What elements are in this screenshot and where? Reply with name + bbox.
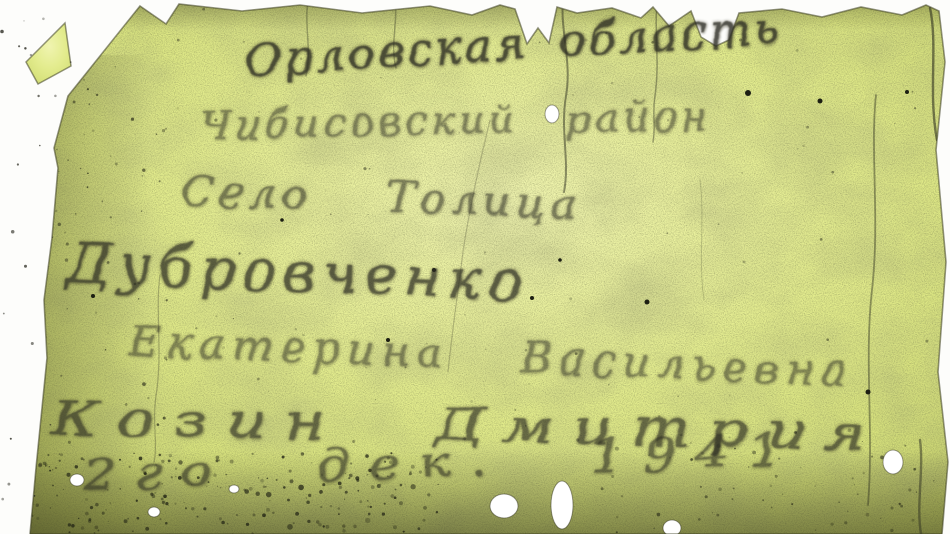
dust-speck bbox=[101, 200, 103, 202]
dust-speck bbox=[308, 494, 311, 497]
dust-speck bbox=[272, 512, 275, 515]
dust-speck bbox=[221, 521, 225, 525]
dust-speck bbox=[731, 498, 733, 500]
dust-speck bbox=[844, 521, 847, 524]
paper-hole bbox=[148, 507, 160, 517]
dust-speck bbox=[95, 503, 99, 507]
dust-speck bbox=[423, 506, 427, 510]
dust-speck bbox=[31, 416, 32, 417]
dust-speck bbox=[127, 518, 129, 520]
dust-speck bbox=[163, 504, 164, 505]
dust-speck bbox=[320, 506, 322, 508]
dust-speck bbox=[10, 438, 12, 440]
dust-speck bbox=[191, 507, 194, 510]
dust-speck bbox=[185, 507, 187, 509]
dust-speck bbox=[42, 18, 45, 21]
dust-speck bbox=[24, 265, 27, 268]
dust-speck bbox=[912, 519, 915, 522]
dust-speck bbox=[342, 524, 345, 527]
dust-speck bbox=[338, 507, 341, 510]
dust-speck bbox=[367, 500, 368, 501]
dust-speck bbox=[219, 517, 222, 520]
dust-speck bbox=[616, 531, 618, 533]
dust-speck bbox=[742, 172, 743, 173]
dust-speck bbox=[39, 245, 40, 246]
dust-speck bbox=[75, 465, 78, 468]
dust-speck bbox=[39, 145, 41, 147]
dust-speck bbox=[110, 502, 112, 504]
dust-speck bbox=[325, 525, 329, 529]
dust-speck bbox=[60, 453, 63, 456]
dust-speck bbox=[132, 530, 134, 532]
dust-speck bbox=[52, 485, 54, 487]
dust-speck bbox=[165, 522, 168, 525]
dust-speck bbox=[666, 232, 668, 234]
dust-speck bbox=[363, 167, 366, 170]
dust-speck bbox=[569, 297, 572, 300]
dust-speck bbox=[700, 486, 702, 488]
dust-speck bbox=[838, 502, 839, 503]
dust-speck bbox=[266, 508, 270, 512]
dust-speck bbox=[34, 495, 36, 497]
dust-speck bbox=[71, 524, 75, 528]
dust-speck bbox=[47, 454, 49, 456]
dust-speck bbox=[0, 30, 4, 34]
dust-speck bbox=[216, 315, 218, 317]
dust-speck bbox=[37, 95, 39, 97]
dust-speck bbox=[63, 489, 64, 490]
dust-speck bbox=[293, 522, 295, 524]
dust-speck bbox=[37, 411, 40, 414]
dust-speck bbox=[59, 460, 61, 462]
dust-speck bbox=[115, 162, 118, 165]
dust-speck bbox=[142, 169, 145, 172]
dust-speck bbox=[698, 518, 701, 521]
dust-speck bbox=[393, 525, 397, 529]
dust-speck bbox=[45, 465, 46, 466]
dust-speck bbox=[157, 197, 158, 198]
dust-speck bbox=[287, 524, 293, 530]
dust-speck bbox=[318, 523, 322, 527]
dust-speck bbox=[677, 396, 678, 397]
dust-speck bbox=[96, 94, 98, 96]
dust-speck bbox=[44, 134, 46, 136]
dust-speck bbox=[743, 260, 746, 263]
dust-speck bbox=[162, 129, 165, 132]
dust-speck bbox=[124, 519, 128, 523]
dust-speck bbox=[165, 128, 167, 130]
dust-speck bbox=[908, 488, 911, 491]
dust-speck bbox=[141, 210, 142, 211]
handwriting-line-2: Чибисовский район bbox=[200, 94, 712, 149]
dust-speck bbox=[64, 232, 66, 234]
dust-speck bbox=[105, 349, 107, 351]
dust-speck bbox=[716, 514, 719, 517]
dust-speck bbox=[657, 513, 661, 517]
dust-speck bbox=[24, 47, 26, 49]
dust-speck bbox=[110, 156, 111, 157]
dust-speck bbox=[90, 506, 93, 509]
dust-speck bbox=[914, 107, 916, 109]
dust-speck bbox=[904, 445, 906, 447]
dust-speck bbox=[202, 8, 205, 11]
dust-speck bbox=[257, 378, 260, 381]
dust-speck bbox=[661, 220, 662, 221]
dust-speck bbox=[114, 66, 115, 67]
dust-speck bbox=[68, 531, 70, 533]
paper-hole bbox=[663, 520, 681, 534]
dust-speck bbox=[30, 475, 32, 477]
dust-speck bbox=[56, 149, 57, 150]
dust-speck bbox=[236, 514, 238, 516]
dust-speck bbox=[912, 91, 914, 93]
dust-speck bbox=[176, 107, 179, 110]
dust-speck bbox=[41, 320, 42, 321]
dust-speck bbox=[653, 528, 655, 530]
dust-speck bbox=[52, 237, 53, 238]
dust-speck bbox=[54, 95, 57, 98]
dust-speck bbox=[52, 469, 53, 470]
dust-speck bbox=[330, 505, 332, 507]
dust-speck bbox=[49, 466, 50, 467]
dust-speck bbox=[87, 172, 89, 174]
dust-speck bbox=[769, 484, 772, 487]
dust-speck bbox=[666, 167, 667, 168]
dust-speck bbox=[92, 130, 95, 133]
dust-speck bbox=[107, 332, 109, 334]
dust-speck bbox=[156, 133, 158, 135]
dust-speck bbox=[900, 505, 903, 508]
dust-speck bbox=[88, 103, 90, 105]
torn-corner-wedge bbox=[26, 23, 71, 84]
dust-speck bbox=[831, 523, 834, 526]
dust-speck bbox=[38, 464, 42, 468]
dust-speck bbox=[851, 477, 853, 479]
dust-speck bbox=[771, 507, 773, 509]
dust-speck bbox=[427, 493, 430, 496]
dust-speck bbox=[268, 391, 269, 392]
dust-speck bbox=[307, 520, 310, 523]
dust-speck bbox=[923, 44, 924, 45]
paper-hole bbox=[883, 450, 903, 474]
dust-speck bbox=[28, 141, 29, 142]
dust-speck bbox=[718, 223, 720, 225]
dust-speck bbox=[50, 507, 51, 508]
dust-speck bbox=[102, 512, 105, 515]
dust-speck bbox=[75, 213, 77, 215]
dust-speck bbox=[197, 516, 199, 518]
dust-speck bbox=[55, 210, 58, 213]
dust-speck bbox=[83, 79, 85, 81]
dust-speck bbox=[933, 480, 934, 481]
dust-speck bbox=[417, 527, 420, 530]
dust-speck bbox=[796, 49, 799, 52]
dust-speck bbox=[621, 495, 623, 497]
dust-speck bbox=[894, 123, 895, 124]
dust-speck bbox=[110, 216, 112, 218]
dust-speck bbox=[60, 375, 62, 377]
dust-speck bbox=[183, 502, 184, 503]
dust-speck bbox=[857, 493, 859, 495]
dust-speck bbox=[36, 504, 39, 507]
dust-speck bbox=[227, 523, 229, 525]
dust-speck bbox=[33, 214, 35, 216]
dust-speck bbox=[287, 499, 290, 502]
dust-speck bbox=[70, 61, 71, 62]
dust-speck bbox=[66, 473, 70, 477]
dust-speck bbox=[890, 506, 893, 509]
dust-speck bbox=[85, 512, 89, 516]
dust-speck bbox=[403, 531, 405, 533]
dust-speck bbox=[80, 168, 81, 169]
dust-speck bbox=[30, 54, 32, 56]
dust-speck bbox=[58, 223, 61, 226]
dust-speck bbox=[367, 505, 369, 507]
dust-speck bbox=[831, 171, 834, 174]
dust-speck bbox=[17, 163, 19, 165]
dust-speck bbox=[306, 501, 310, 505]
dust-speck bbox=[82, 142, 83, 143]
dust-speck bbox=[616, 516, 619, 519]
dust-speck bbox=[847, 511, 848, 512]
dust-speck bbox=[436, 511, 438, 513]
dust-speck bbox=[862, 472, 865, 475]
dust-speck bbox=[138, 298, 140, 300]
dust-speck bbox=[791, 503, 793, 505]
dust-speck bbox=[49, 470, 51, 472]
dust-speck bbox=[174, 502, 176, 504]
dust-speck bbox=[34, 394, 37, 397]
dust-speck bbox=[159, 518, 161, 520]
dust-speck bbox=[29, 425, 32, 428]
dust-speck bbox=[382, 512, 385, 515]
dust-speck bbox=[159, 180, 161, 182]
dust-speck bbox=[925, 340, 928, 343]
dust-speck bbox=[252, 513, 255, 516]
dust-speck bbox=[797, 148, 799, 150]
dust-speck bbox=[464, 314, 465, 315]
dust-speck bbox=[165, 502, 168, 505]
dust-speck bbox=[306, 497, 308, 499]
dust-speck bbox=[323, 525, 325, 527]
dust-speck bbox=[392, 11, 394, 13]
dust-speck bbox=[369, 168, 371, 170]
dust-speck bbox=[56, 495, 58, 497]
dust-speck bbox=[142, 175, 143, 176]
dust-speck bbox=[890, 529, 893, 532]
dust-speck bbox=[43, 462, 47, 466]
dust-speck bbox=[711, 91, 712, 92]
dust-speck bbox=[87, 186, 89, 188]
dust-speck bbox=[145, 527, 149, 531]
dust-speck bbox=[3, 313, 5, 315]
dust-speck bbox=[59, 453, 60, 454]
dust-speck bbox=[815, 529, 816, 530]
dust-speck bbox=[246, 523, 249, 526]
dust-speck bbox=[262, 513, 266, 517]
dust-speck bbox=[55, 467, 57, 469]
dust-speck bbox=[733, 487, 735, 489]
paper-hole bbox=[490, 494, 518, 518]
dust-speck bbox=[36, 517, 39, 520]
dust-speck bbox=[142, 382, 146, 386]
dust-speck bbox=[338, 513, 340, 515]
dust-speck bbox=[78, 518, 79, 519]
dust-speck bbox=[73, 100, 76, 103]
dust-speck bbox=[826, 338, 829, 341]
dust-speck bbox=[67, 308, 68, 309]
dust-speck bbox=[854, 484, 856, 486]
dust-speck bbox=[384, 503, 386, 505]
dust-speck bbox=[23, 20, 24, 21]
dust-speck bbox=[815, 485, 816, 486]
dust-speck bbox=[394, 496, 397, 499]
dust-speck bbox=[249, 91, 251, 93]
dust-speck bbox=[97, 529, 99, 531]
dust-speck bbox=[705, 495, 708, 498]
dust-speck bbox=[782, 493, 783, 494]
dust-speck bbox=[108, 521, 109, 522]
dust-speck bbox=[31, 342, 34, 345]
dust-speck bbox=[83, 134, 85, 136]
dust-speck bbox=[38, 272, 39, 273]
scanned-note: Орловская область Чибисовский район Село… bbox=[0, 0, 950, 534]
dust-speck bbox=[162, 501, 165, 504]
dust-speck bbox=[899, 503, 901, 505]
dust-speck bbox=[95, 312, 97, 314]
dust-speck bbox=[81, 526, 84, 529]
dust-speck bbox=[136, 500, 138, 502]
dust-speck bbox=[30, 498, 33, 501]
dust-speck bbox=[399, 501, 403, 505]
dust-speck bbox=[11, 230, 15, 234]
dust-speck bbox=[131, 118, 134, 121]
dust-speck bbox=[87, 88, 89, 90]
paper-hole bbox=[551, 481, 573, 529]
dust-speck bbox=[820, 238, 823, 241]
dust-speck bbox=[762, 499, 764, 501]
dust-speck bbox=[269, 500, 270, 501]
dust-speck bbox=[295, 512, 299, 516]
paper-hole bbox=[70, 474, 84, 486]
dust-speck bbox=[177, 39, 180, 42]
dust-speck bbox=[1, 498, 4, 501]
dust-speck bbox=[370, 506, 372, 508]
dust-speck bbox=[601, 487, 604, 490]
dust-speck bbox=[718, 488, 722, 492]
dust-speck bbox=[38, 215, 40, 217]
dust-speck bbox=[353, 525, 357, 529]
dust-speck bbox=[67, 159, 69, 161]
dust-speck bbox=[359, 500, 362, 503]
dust-speck bbox=[137, 517, 140, 520]
dust-speck bbox=[422, 519, 425, 522]
dust-speck bbox=[94, 526, 98, 530]
dust-speck bbox=[203, 507, 206, 510]
dust-speck bbox=[712, 512, 713, 513]
dust-speck bbox=[342, 529, 345, 532]
dust-speck bbox=[802, 145, 804, 147]
dust-speck bbox=[105, 509, 106, 510]
dust-speck bbox=[18, 45, 20, 47]
dust-speck bbox=[718, 107, 719, 108]
dust-speck bbox=[866, 513, 870, 517]
dust-speck bbox=[342, 528, 344, 530]
dust-speck bbox=[28, 274, 31, 277]
dust-speck bbox=[611, 82, 613, 84]
dust-speck bbox=[365, 518, 370, 523]
dust-speck bbox=[916, 491, 917, 492]
dust-speck bbox=[88, 518, 91, 521]
dust-speck bbox=[233, 318, 234, 319]
dust-speck bbox=[344, 499, 345, 500]
dust-speck bbox=[806, 126, 809, 129]
dust-speck bbox=[368, 513, 371, 516]
dust-speck bbox=[390, 494, 394, 498]
dust-speck bbox=[880, 518, 881, 519]
dust-speck bbox=[7, 483, 10, 486]
dust-speck bbox=[729, 395, 731, 397]
dust-speck bbox=[913, 468, 916, 471]
dust-speck bbox=[52, 503, 53, 504]
dust-speck bbox=[68, 523, 71, 526]
